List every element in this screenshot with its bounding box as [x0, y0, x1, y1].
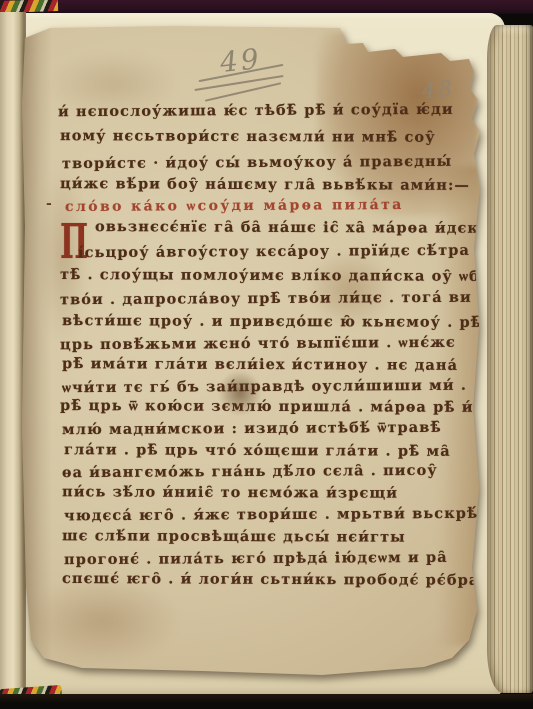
manuscript-line: твори́стє · и́доу́ сы́ вьмоу́коу а́ прав… — [62, 153, 452, 173]
manuscript-line: прогонє́ . пила́ть ѥго́ прѣда́ ію́дєѡм и… — [64, 549, 448, 569]
manuscript-line: рѣ̑ црь ѿ кою́си зємлю́ пришла́ . ма́рѳа… — [60, 397, 494, 417]
manuscript-line: пи́сь зѣ́ло и́ниіє̑ то нємо́жа и́зрєщи́ — [62, 483, 398, 502]
manuscript-line: ѳа и́вангємо́жь гна́нь дѣ́ло сєла̑ . пис… — [62, 462, 438, 482]
photo-background-bottom — [0, 694, 533, 709]
manuscript-rubric-line: сло́во ка́ко ѡсоу́ди ма́рѳа пила́та — [65, 196, 404, 216]
margin-dash: - — [46, 196, 52, 212]
manuscript-leaf-wrap: 49 48 П - и́ нєпослоу́жиша ѥ́с тѣбѣ̑ рѣ̑… — [22, 26, 488, 676]
manuscript-line: млю́ мадни́мскои : изидо́ истѣбѣ́ ѿтравѣ… — [62, 419, 442, 439]
manuscript-line: овьзнєсє́нїє га̑ ба̑ на́шє іс̑ ха̑ ма́рѳ… — [95, 218, 513, 238]
manuscript-leaf: 49 48 П - и́ нєпослоу́жиша ѥ́с тѣбѣ̑ рѣ̑… — [22, 26, 488, 676]
manuscript-line: тво́и . дапросла́воу прѣ̑ тво́и ли́цє . … — [60, 289, 472, 310]
manuscript-line: и́ нєпослоу́жиша ѥ́с тѣбѣ̑ рѣ̑ и́ соу́дї… — [58, 101, 454, 121]
manuscript-line: вѣсти́шє цроу́ . и привєдо́шє ю̑ кьнємоу… — [62, 312, 482, 332]
manuscript-line: чюдєса́ ѥго̑ . я́жє твори́шє . мрьтви́ в… — [64, 505, 506, 526]
manuscript-line: ци́жє вѣ́ри боу̑ на́шєму гла̑ вьвѣ́кы ам… — [60, 175, 470, 195]
manuscript-line: спєшє́ ѥго̑ . и́ логи́н сьтни́кь прободє… — [62, 570, 533, 590]
manuscript-line: тѣ̑ . слоу́щы помлоу́имє влі́ко дапи́ска… — [60, 266, 502, 286]
manuscript-line: і́сьцроу́ а́вгоу́стоу кєса́роу . прїи́дє… — [78, 242, 470, 262]
manuscript-photo: 49 48 П - и́ нєпослоу́жиша ѥ́с тѣбѣ̑ рѣ̑… — [0, 0, 533, 709]
manuscript-line: ѡчи́ти тє гь́ бъ заи́правдѣ оусли́шиши м… — [62, 377, 467, 397]
manuscript-line: ному́ нєсьтвори́стє назємли́ ни мнѣ̑ соу… — [60, 127, 436, 147]
crossed-out-pencil-number: 49 — [194, 42, 290, 98]
manuscript-line: гла́ти . рѣ̑ црь что́ хо́щєши гла́ти . р… — [64, 441, 451, 461]
photo-background-top — [0, 0, 533, 14]
manuscript-line: шє слѣ́пи просвѣща́шє дьсы́ нєи́гты — [62, 527, 406, 547]
fore-edge-page-stack — [487, 25, 533, 693]
gutter-shadow — [22, 26, 52, 676]
manuscript-line: црь повѣ́жьми жєно́ что́ выпїє́ши . ѡнє́… — [60, 334, 456, 354]
manuscript-line: рѣ̑ има́ти гла́ти вєли́іех и́стиноу . нє… — [62, 355, 458, 375]
